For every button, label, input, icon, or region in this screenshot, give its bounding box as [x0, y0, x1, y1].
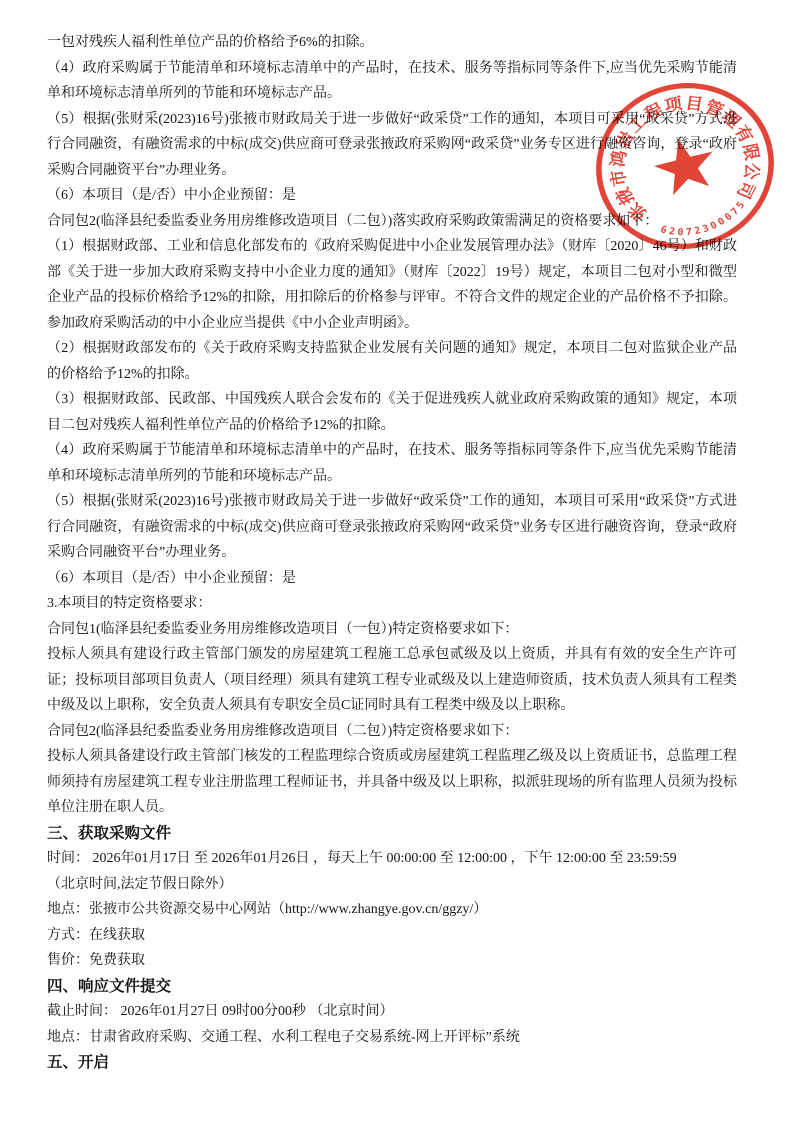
paragraph: （5）根据(张财采(2023)16号)张掖市财政局关于进一步做好“政采贷”工作的…	[47, 107, 737, 184]
paragraph: 合同包1(临泽县纪委监委业务用房维修改造项目（一包）)特定资格要求如下：	[47, 617, 737, 643]
paragraph: 一包对残疾人福利性单位产品的价格给予6%的扣除。	[47, 30, 737, 56]
paragraph: 售价：免费获取	[47, 948, 737, 974]
paragraph: 时间： 2026年01月17日 至 2026年01月26日 ，每天上午 00:0…	[47, 846, 737, 872]
paragraph: 地点：甘肃省政府采购、交通工程、水利工程电子交易系统-网上开评标”系统	[47, 1025, 737, 1051]
paragraph: 投标人须具有建设行政主管部门颁发的房屋建筑工程施工总承包贰级及以上资质，并具有有…	[47, 642, 737, 719]
paragraph: （2）根据财政部发布的《关于政府采购支持监狱企业发展有关问题的通知》规定，本项目…	[47, 336, 737, 387]
paragraph: （北京时间,法定节假日除外）	[47, 872, 737, 898]
paragraph: 截止时间： 2026年01月27日 09时00分00秒 （北京时间）	[47, 999, 737, 1025]
section-heading: 五、开启	[47, 1050, 737, 1076]
paragraph: （6）本项目（是/否）中小企业预留：是	[47, 566, 737, 592]
paragraph: 合同包2(临泽县纪委监委业务用房维修改造项目（二包）)落实政府采购政策需满足的资…	[47, 209, 737, 235]
paragraph: 投标人须具备建设行政主管部门核发的工程监理综合资质或房屋建筑工程监理乙级及以上资…	[47, 744, 737, 821]
section-heading: 三、获取采购文件	[47, 821, 737, 847]
document-body: 一包对残疾人福利性单位产品的价格给予6%的扣除。（4）政府采购属于节能清单和环境…	[47, 30, 737, 1076]
paragraph: （4）政府采购属于节能清单和环境标志清单中的产品时，在技术、服务等指标同等条件下…	[47, 56, 737, 107]
paragraph: 方式：在线获取	[47, 923, 737, 949]
paragraph: （1）根据财政部、工业和信息化部发布的《政府采购促进中小企业发展管理办法》（财库…	[47, 234, 737, 336]
document-page: 一包对残疾人福利性单位产品的价格给予6%的扣除。（4）政府采购属于节能清单和环境…	[0, 0, 793, 1122]
paragraph: 地点：张掖市公共资源交易中心网站（http://www.zhangye.gov.…	[47, 897, 737, 923]
paragraph: 合同包2(临泽县纪委监委业务用房维修改造项目（二包）)特定资格要求如下：	[47, 719, 737, 745]
paragraph: （4）政府采购属于节能清单和环境标志清单中的产品时，在技术、服务等指标同等条件下…	[47, 438, 737, 489]
section-heading: 四、响应文件提交	[47, 974, 737, 1000]
paragraph: （6）本项目（是/否）中小企业预留：是	[47, 183, 737, 209]
paragraph: （3）根据财政部、民政部、中国残疾人联合会发布的《关于促进残疾人就业政府采购政策…	[47, 387, 737, 438]
paragraph: （5）根据(张财采(2023)16号)张掖市财政局关于进一步做好“政采贷”工作的…	[47, 489, 737, 566]
paragraph: 3.本项目的特定资格要求：	[47, 591, 737, 617]
